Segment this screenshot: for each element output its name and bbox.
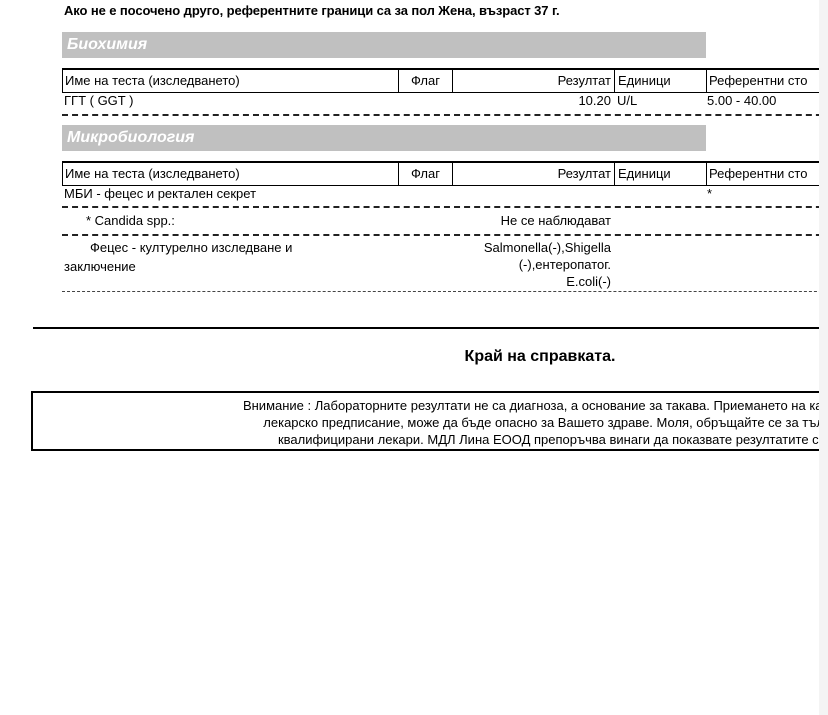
test-name: МБИ - фецес и ректален секрет bbox=[64, 186, 256, 201]
test-result-line2: (-),ентеропатог. bbox=[519, 257, 611, 272]
row-divider bbox=[62, 291, 828, 292]
disclaimer-box: Внимание : Лабораторните резултати не са… bbox=[31, 391, 828, 451]
page-edge bbox=[819, 0, 828, 715]
col-header-flag: Флаг bbox=[398, 163, 452, 185]
test-result: 10.20 bbox=[578, 93, 611, 108]
disclaimer-text: Внимание : Лабораторните резултати не са… bbox=[33, 397, 828, 448]
test-result: Не се наблюдават bbox=[501, 213, 611, 228]
test-name: * Candida spp.: bbox=[86, 213, 175, 228]
test-units: U/L bbox=[617, 93, 637, 108]
report-divider bbox=[33, 327, 828, 329]
test-result-line3: E.coli(-) bbox=[566, 274, 611, 289]
col-header-reference: Референтни сто bbox=[706, 163, 828, 185]
test-name: ГГТ ( GGT ) bbox=[64, 93, 133, 108]
col-header-units: Единици bbox=[614, 70, 706, 92]
col-header-reference: Референтни сто bbox=[706, 70, 828, 92]
section-header-microbiology: Микробиология bbox=[62, 125, 706, 151]
test-reference: * bbox=[707, 186, 712, 201]
section-title: Биохимия bbox=[67, 36, 147, 54]
lab-report-page: Ако не е посочено друго, референтните гр… bbox=[0, 0, 828, 715]
row-divider bbox=[62, 234, 828, 236]
test-name-line1: Фецес - културелно изследване и bbox=[90, 240, 292, 255]
reference-note: Ако не е посочено друго, референтните гр… bbox=[64, 3, 559, 18]
row-divider bbox=[62, 114, 828, 116]
section-title: Микробиология bbox=[67, 129, 194, 147]
test-name-line2: заключение bbox=[64, 259, 136, 274]
col-header-result: Резултат bbox=[452, 70, 614, 92]
col-header-result: Резултат bbox=[452, 163, 614, 185]
row-divider bbox=[62, 206, 828, 208]
end-of-report-title: Край на справката. bbox=[0, 348, 828, 366]
col-header-flag: Флаг bbox=[398, 70, 452, 92]
table-header-microbiology: Име на теста (изследването) Флаг Резулта… bbox=[62, 161, 828, 186]
table-header-biochemistry: Име на теста (изследването) Флаг Резулта… bbox=[62, 68, 828, 93]
test-reference: 5.00 - 40.00 bbox=[707, 93, 776, 108]
col-header-units: Единици bbox=[614, 163, 706, 185]
test-result-line1: Salmonella(-),Shigella bbox=[484, 240, 611, 255]
col-header-name: Име на теста (изследването) bbox=[62, 163, 398, 185]
col-header-name: Име на теста (изследването) bbox=[62, 70, 398, 92]
section-header-biochemistry: Биохимия bbox=[62, 32, 706, 58]
